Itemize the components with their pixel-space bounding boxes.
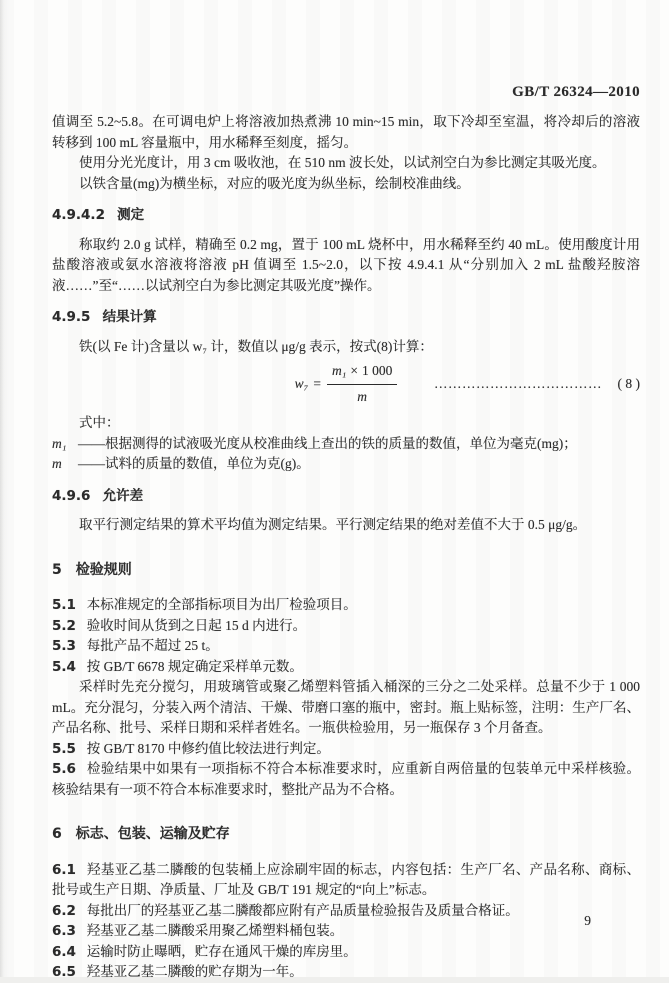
clause: 5.3每批产品不超过 25 t。 [52, 636, 640, 657]
page-number: 9 [584, 911, 591, 932]
symbol: m₁ [52, 434, 78, 455]
clause-number: 5.2 [52, 618, 76, 634]
symbol-definition: m₁——根据测得的试液吸光度从校准曲线上查出的铁的质量的数值，单位为毫克(mg)… [52, 434, 640, 455]
paragraph: 称取约 2.0 g 试样，精确至 0.2 mg，置于 100 mL 烧杯中，用水… [52, 235, 640, 297]
clause-text: 每批出厂的羟基亚乙基二膦酸都应附有产品质量检验报告及质量合格证。 [87, 903, 519, 918]
paragraph: 采样时先充分搅匀，用玻璃管或聚乙烯塑料管插入桶深的三分之二处采样。总量不少于 1… [52, 677, 640, 739]
clause-number: 5.6 [52, 761, 76, 777]
clause-text: 按 GB/T 6678 规定确定采样单元数。 [87, 659, 303, 674]
section-number: 4.9.5 [52, 309, 90, 325]
section-heading: 4.9.6允许差 [52, 486, 640, 507]
clause-number: 5.4 [52, 659, 76, 675]
clause: 5.2验收时间从货到之日起 15 d 内进行。 [52, 616, 640, 637]
clause-text: 运输时防止曝晒，贮存在通风干燥的库房里。 [87, 944, 357, 959]
section-heading: 4.9.5结果计算 [52, 307, 640, 328]
equation-number: ( 8 ) [618, 374, 641, 395]
paragraph: 取平行测定结果的算术平均值为测定结果。平行测定结果的绝对差值不大于 0.5 μg… [52, 515, 640, 536]
clause-number: 6.5 [52, 964, 76, 980]
section-number: 4.9.4.2 [52, 207, 105, 223]
fraction: m₁×1 000 m [327, 361, 397, 407]
clause-text: 羟基亚乙基二膦酸的贮存期为一年。 [87, 964, 303, 979]
section-title: 测定 [117, 207, 144, 223]
chapter-heading: 6标志、包装、运输及贮存 [52, 824, 640, 845]
clause-text: 本标准规定的全部指标项目为出厂检验项目。 [87, 597, 357, 612]
equation-8: w₇ = m₁×1 000 m ……………………………… ( 8 ) [52, 360, 640, 408]
clause-text: 每批产品不超过 25 t。 [87, 638, 219, 653]
chapter-heading: 5检验规则 [52, 560, 640, 581]
clause: 6.1羟基亚乙基二膦酸的包装桶上应涂刷牢固的标志，内容包括：生产厂名、产品名称、… [52, 860, 640, 901]
clause-text: 羟基亚乙基二膦酸采用聚乙烯塑料桶包装。 [87, 923, 344, 938]
clause: 5.6检验结果中如果有一项指标不符合本标准要求时，应重新自两倍量的包装单元中采样… [52, 759, 640, 800]
section-number: 4.9.6 [52, 488, 90, 504]
clause-text: 验收时间从货到之日起 15 d 内进行。 [87, 618, 306, 633]
standard-number: GB/T 26324—2010 [52, 84, 640, 101]
chapter-number: 5 [52, 562, 62, 578]
clause: 5.5按 GB/T 8170 中修约值比较法进行判定。 [52, 739, 640, 760]
equation-lhs: w₇ [295, 374, 309, 395]
symbol-definition: m——试料的质量的数值，单位为克(g)。 [52, 454, 640, 475]
equals-sign: = [313, 374, 321, 395]
fraction-denominator: m [357, 385, 367, 408]
equation-leader: ……………………………… ( 8 ) [434, 374, 640, 395]
clause-number: 6.2 [52, 903, 76, 919]
section-heading: 4.9.4.2测定 [52, 205, 640, 226]
paragraph: 式中： [52, 413, 640, 434]
clause: 6.3羟基亚乙基二膦酸采用聚乙烯塑料桶包装。 [52, 921, 640, 942]
chapter-number: 6 [52, 826, 62, 842]
clause-number: 5.1 [52, 597, 76, 613]
clause: 5.1本标准规定的全部指标项目为出厂检验项目。 [52, 595, 640, 616]
equation-body: w₇ = m₁×1 000 m [295, 361, 398, 407]
symbol: m [52, 454, 78, 475]
clause: 6.4运输时防止曝晒，贮存在通风干燥的库房里。 [52, 942, 640, 963]
times-sign: × [350, 363, 358, 378]
clause-text: 按 GB/T 8170 中修约值比较法进行判定。 [87, 741, 330, 756]
clause-text: 检验结果中如果有一项指标不符合本标准要求时，应重新自两倍量的包装单元中采样核验。… [52, 761, 640, 797]
clause-number: 6.4 [52, 944, 76, 960]
symbol-description: ——试料的质量的数值，单位为克(g)。 [78, 456, 310, 471]
clause-text: 羟基亚乙基二膦酸的包装桶上应涂刷牢固的标志，内容包括：生产厂名、产品名称、商标、… [52, 862, 640, 898]
clause-number: 5.5 [52, 741, 76, 757]
clause: 5.4按 GB/T 6678 规定确定采样单元数。 [52, 657, 640, 678]
clause-number: 6.3 [52, 923, 76, 939]
chapter-title: 标志、包装、运输及贮存 [76, 826, 230, 842]
document-body: 值调至 5.2~5.8。在可调电炉上将溶液加热煮沸 10 min~15 min，… [52, 112, 640, 983]
paragraph: 值调至 5.2~5.8。在可调电炉上将溶液加热煮沸 10 min~15 min，… [52, 112, 640, 153]
section-title: 允许差 [103, 488, 144, 504]
section-title: 结果计算 [103, 309, 157, 325]
symbol-description: ——根据测得的试液吸光度从校准曲线上查出的铁的质量的数值，单位为毫克(mg)； [78, 436, 577, 451]
clause: 6.5羟基亚乙基二膦酸的贮存期为一年。 [52, 962, 640, 983]
paragraph: 以铁含量(mg)为横坐标，对应的吸光度为纵坐标，绘制校准曲线。 [52, 174, 640, 195]
leader-dots: ……………………………… [434, 374, 616, 395]
clause: 6.2每批出厂的羟基亚乙基二膦酸都应附有产品质量检验报告及质量合格证。 [52, 901, 640, 922]
chapter-title: 检验规则 [76, 562, 132, 578]
document-page: GB/T 26324—2010 值调至 5.2~5.8。在可调电炉上将溶液加热煮… [0, 0, 669, 977]
clause-number: 6.1 [52, 862, 76, 878]
paragraph: 使用分光光度计，用 3 cm 吸收池，在 510 nm 波长处，以试剂空白为参比… [52, 153, 640, 174]
fraction-numerator: m₁×1 000 [327, 361, 397, 385]
paragraph: 铁(以 Fe 计)含量以 w₇ 计，数值以 μg/g 表示，按式(8)计算： [52, 337, 640, 358]
clause-number: 5.3 [52, 638, 76, 654]
